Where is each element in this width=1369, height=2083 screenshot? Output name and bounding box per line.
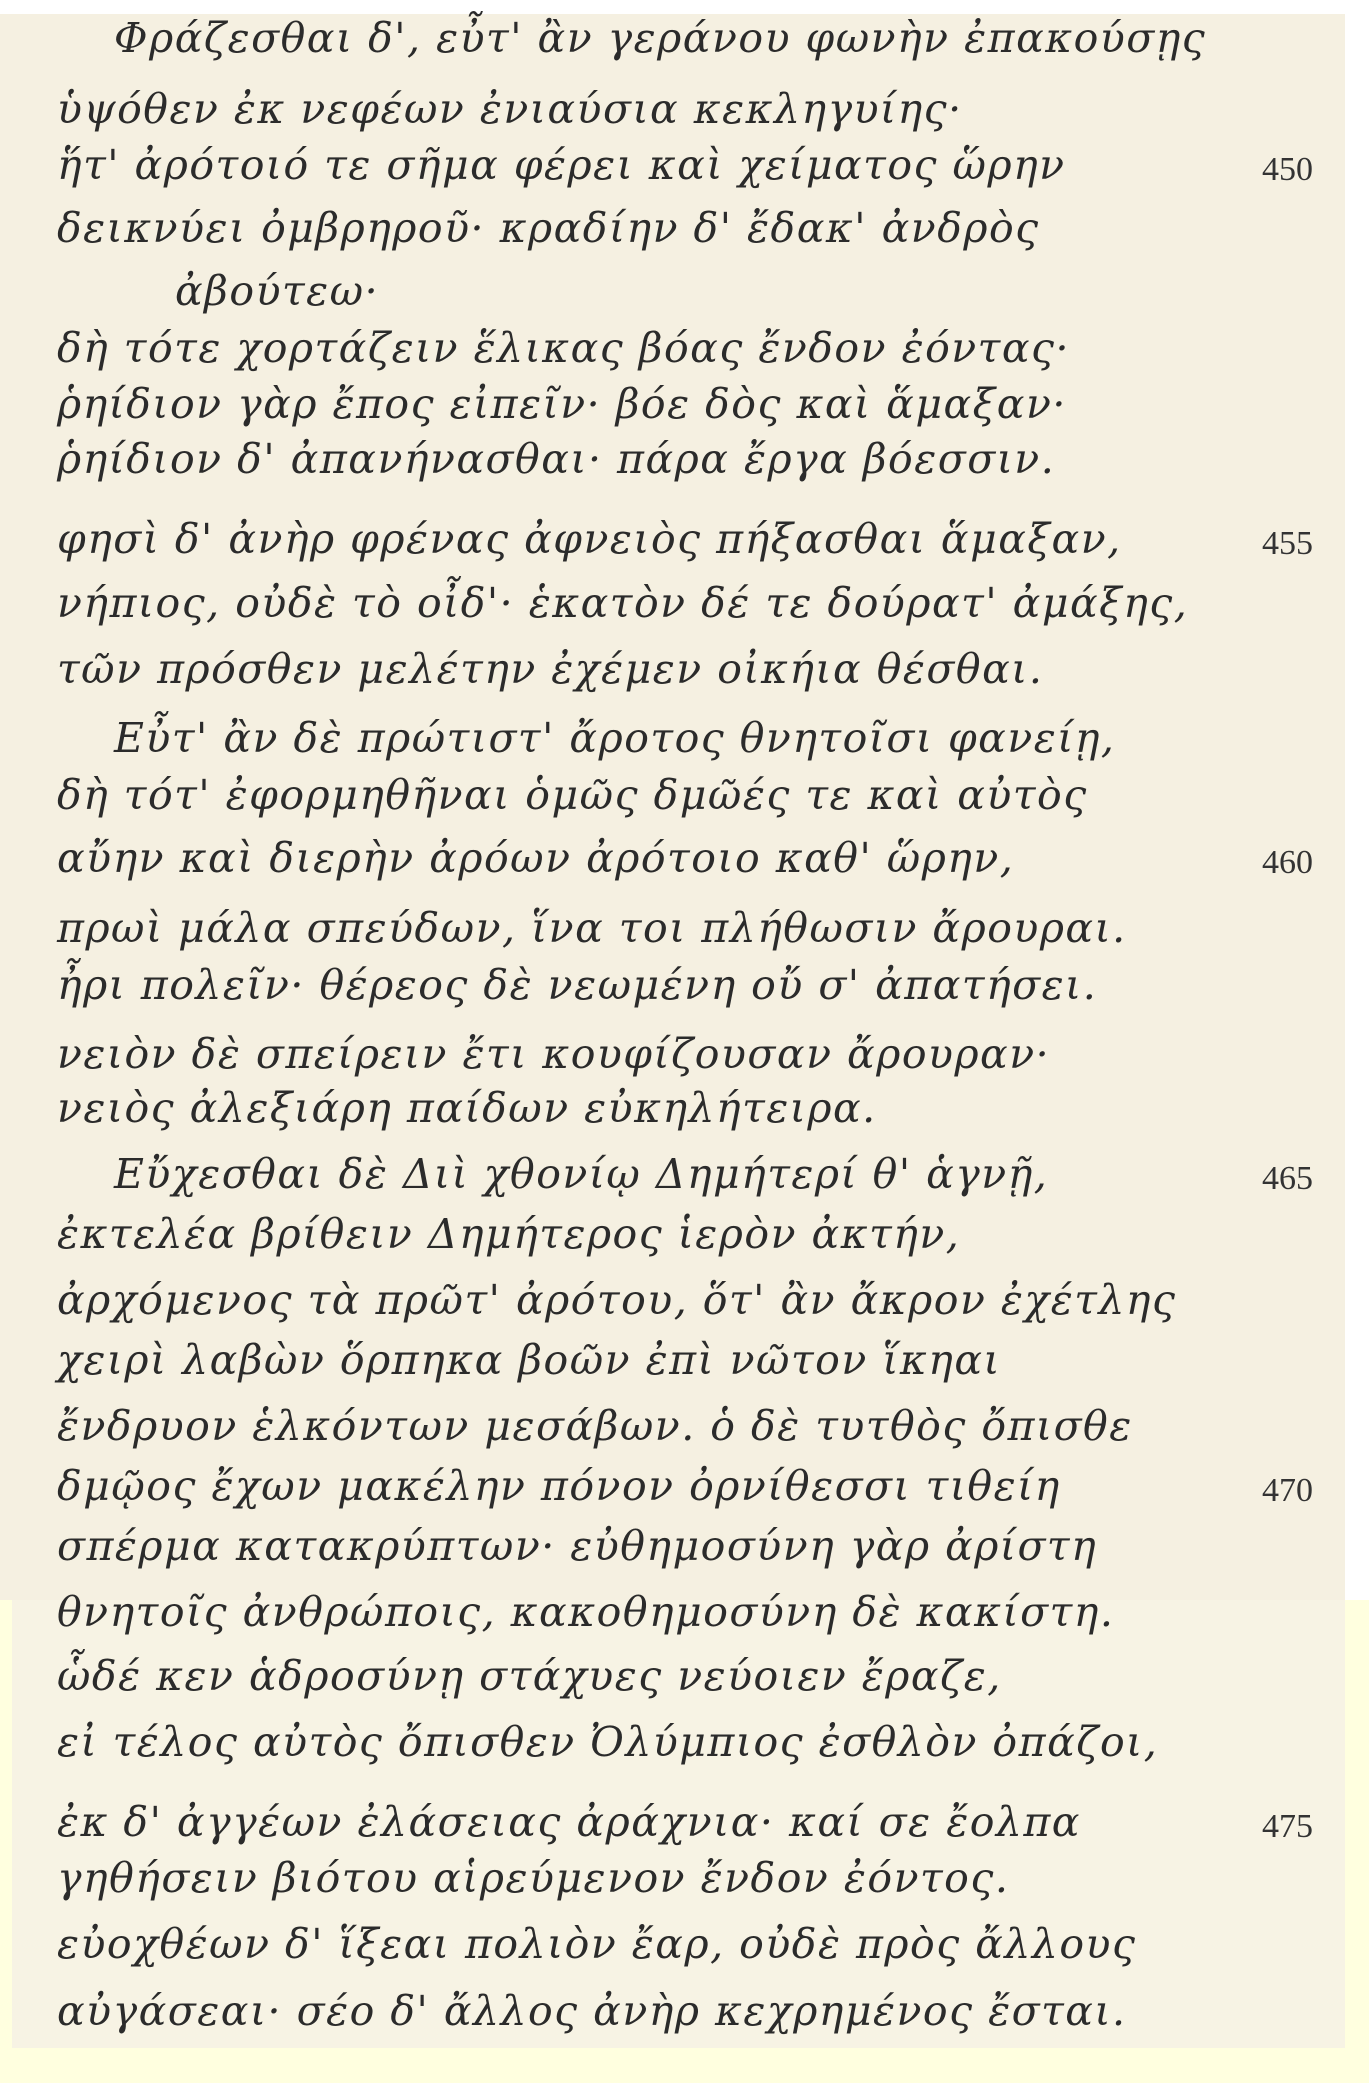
verse-line: ῥηίδιον γὰρ ἔπος εἰπεῖν· βόε δὸς καὶ ἅμα… [57,384,1067,425]
verse-line: θνητοῖς ἀνθρώποις, κακοθημοσύνη δὲ κακίσ… [57,1592,1114,1633]
verse-line: δὴ τότ' ἐφορμηθῆναι ὁμῶς δμῶές τε καὶ αὐ… [57,775,1088,816]
verse-line: ὧδέ κεν ἁδροσύνῃ στάχυες νεύοιεν ἔραζε, [57,1656,1002,1697]
verse-line: ἥτ' ἀρότοιό τε σῆμα φέρει καὶ χείματος ὥ… [57,145,1066,186]
verse-line: ἐκ δ' ἀγγέων ἐλάσειας ἀράχνια· καί σε ἔο… [57,1802,1081,1843]
verse-line: δὴ τότε χορτάζειν ἕλικας βόας ἔνδον ἐόντ… [57,328,1070,369]
verse-line: δεικνύει ὀμβρηροῦ· κραδίην δ' ἔδακ' ἀνδρ… [57,208,1040,249]
verse-line: ὑψόθεν ἐκ νεφέων ἐνιαύσια κεκληγυίης· [57,89,963,130]
verse-line: Φράζεσθαι δ', εὖτ' ἂν γεράνου φωνὴν ἐπακ… [114,18,1206,59]
verse-line: σπέρμα κατακρύπτων· εὐθημοσύνη γὰρ ἀρίστ… [57,1526,1097,1567]
line-number: 465 [1262,1160,1313,1198]
verse-line: ἐκτελέα βρίθειν Δημήτερος ἱερὸν ἀκτήν, [57,1214,960,1255]
verse-line: γηθήσειν βιότου αἱρεύμενον ἔνδον ἐόντος. [57,1858,1009,1899]
verse-line: πρωὶ μάλα σπεύδων, ἵνα τοι πλήθωσιν ἄρου… [57,908,1127,949]
verse-line: νειὸν δὲ σπείρειν ἔτι κουφίζουσαν ἄρουρα… [57,1034,1050,1075]
verse-line: ἀρχόμενος τὰ πρῶτ' ἀρότου, ὅτ' ἂν ἄκρον … [57,1280,1176,1321]
verse-line: χειρὶ λαβὼν ὅρπηκα βοῶν ἐπὶ νῶτον ἵκηαι [57,1340,1001,1381]
verse-line: ῥηίδιον δ' ἀπανήνασθαι· πάρα ἔργα βόεσσι… [57,439,1055,480]
verse-line: φησὶ δ' ἀνὴρ φρένας ἀφνειὸς πήξασθαι ἅμα… [57,519,1122,560]
line-number: 460 [1262,844,1313,882]
verse-line: εὐοχθέων δ' ἵξεαι πολιὸν ἔαρ, οὐδὲ πρὸς … [57,1924,1136,1965]
line-number: 455 [1262,525,1313,563]
verse-line: ἔνδρυον ἑλκόντων μεσάβων. ὁ δὲ τυτθὸς ὄπ… [57,1406,1133,1447]
verse-line: ἦρι πολεῖν· θέρεος δὲ νεωμένη οὔ σ' ἀπατ… [57,965,1097,1006]
verse-line: αὔην καὶ διερὴν ἀρόων ἀρότοιο καθ' ὥρην, [57,838,1014,879]
verse-line: εἰ τέλος αὐτὸς ὄπισθεν Ὀλύμπιος ἐσθλὸν ὀ… [57,1722,1158,1763]
verse-line: αὐγάσεαι· σέο δ' ἄλλος ἀνὴρ κεχρημένος ἔ… [57,1991,1127,2032]
verse-line: ἀβούτεω· [175,271,379,312]
verse-line: δμῷος ἔχων μακέλην πόνον ὀρνίθεσσι τιθεί… [57,1466,1061,1507]
verse-line: νήπιος, οὐδὲ τὸ οἶδ'· ἑκατὸν δέ τε δούρα… [57,583,1188,624]
verse-line: νειὸς ἀλεξιάρη παίδων εὐκηλήτειρα. [57,1088,877,1129]
line-number: 450 [1262,151,1313,189]
verse-line: Εὔχεσθαι δὲ Διὶ χθονίῳ Δημήτερί θ' ἁγνῇ, [114,1154,1048,1195]
line-number: 475 [1262,1808,1313,1846]
verse-line: Εὖτ' ἂν δὲ πρώτιστ' ἄροτος θνητοῖσι φανε… [114,718,1115,759]
verse-line: τῶν πρόσθεν μελέτην ἐχέμεν οἰκήια θέσθαι… [57,649,1043,690]
line-number: 470 [1262,1472,1313,1510]
